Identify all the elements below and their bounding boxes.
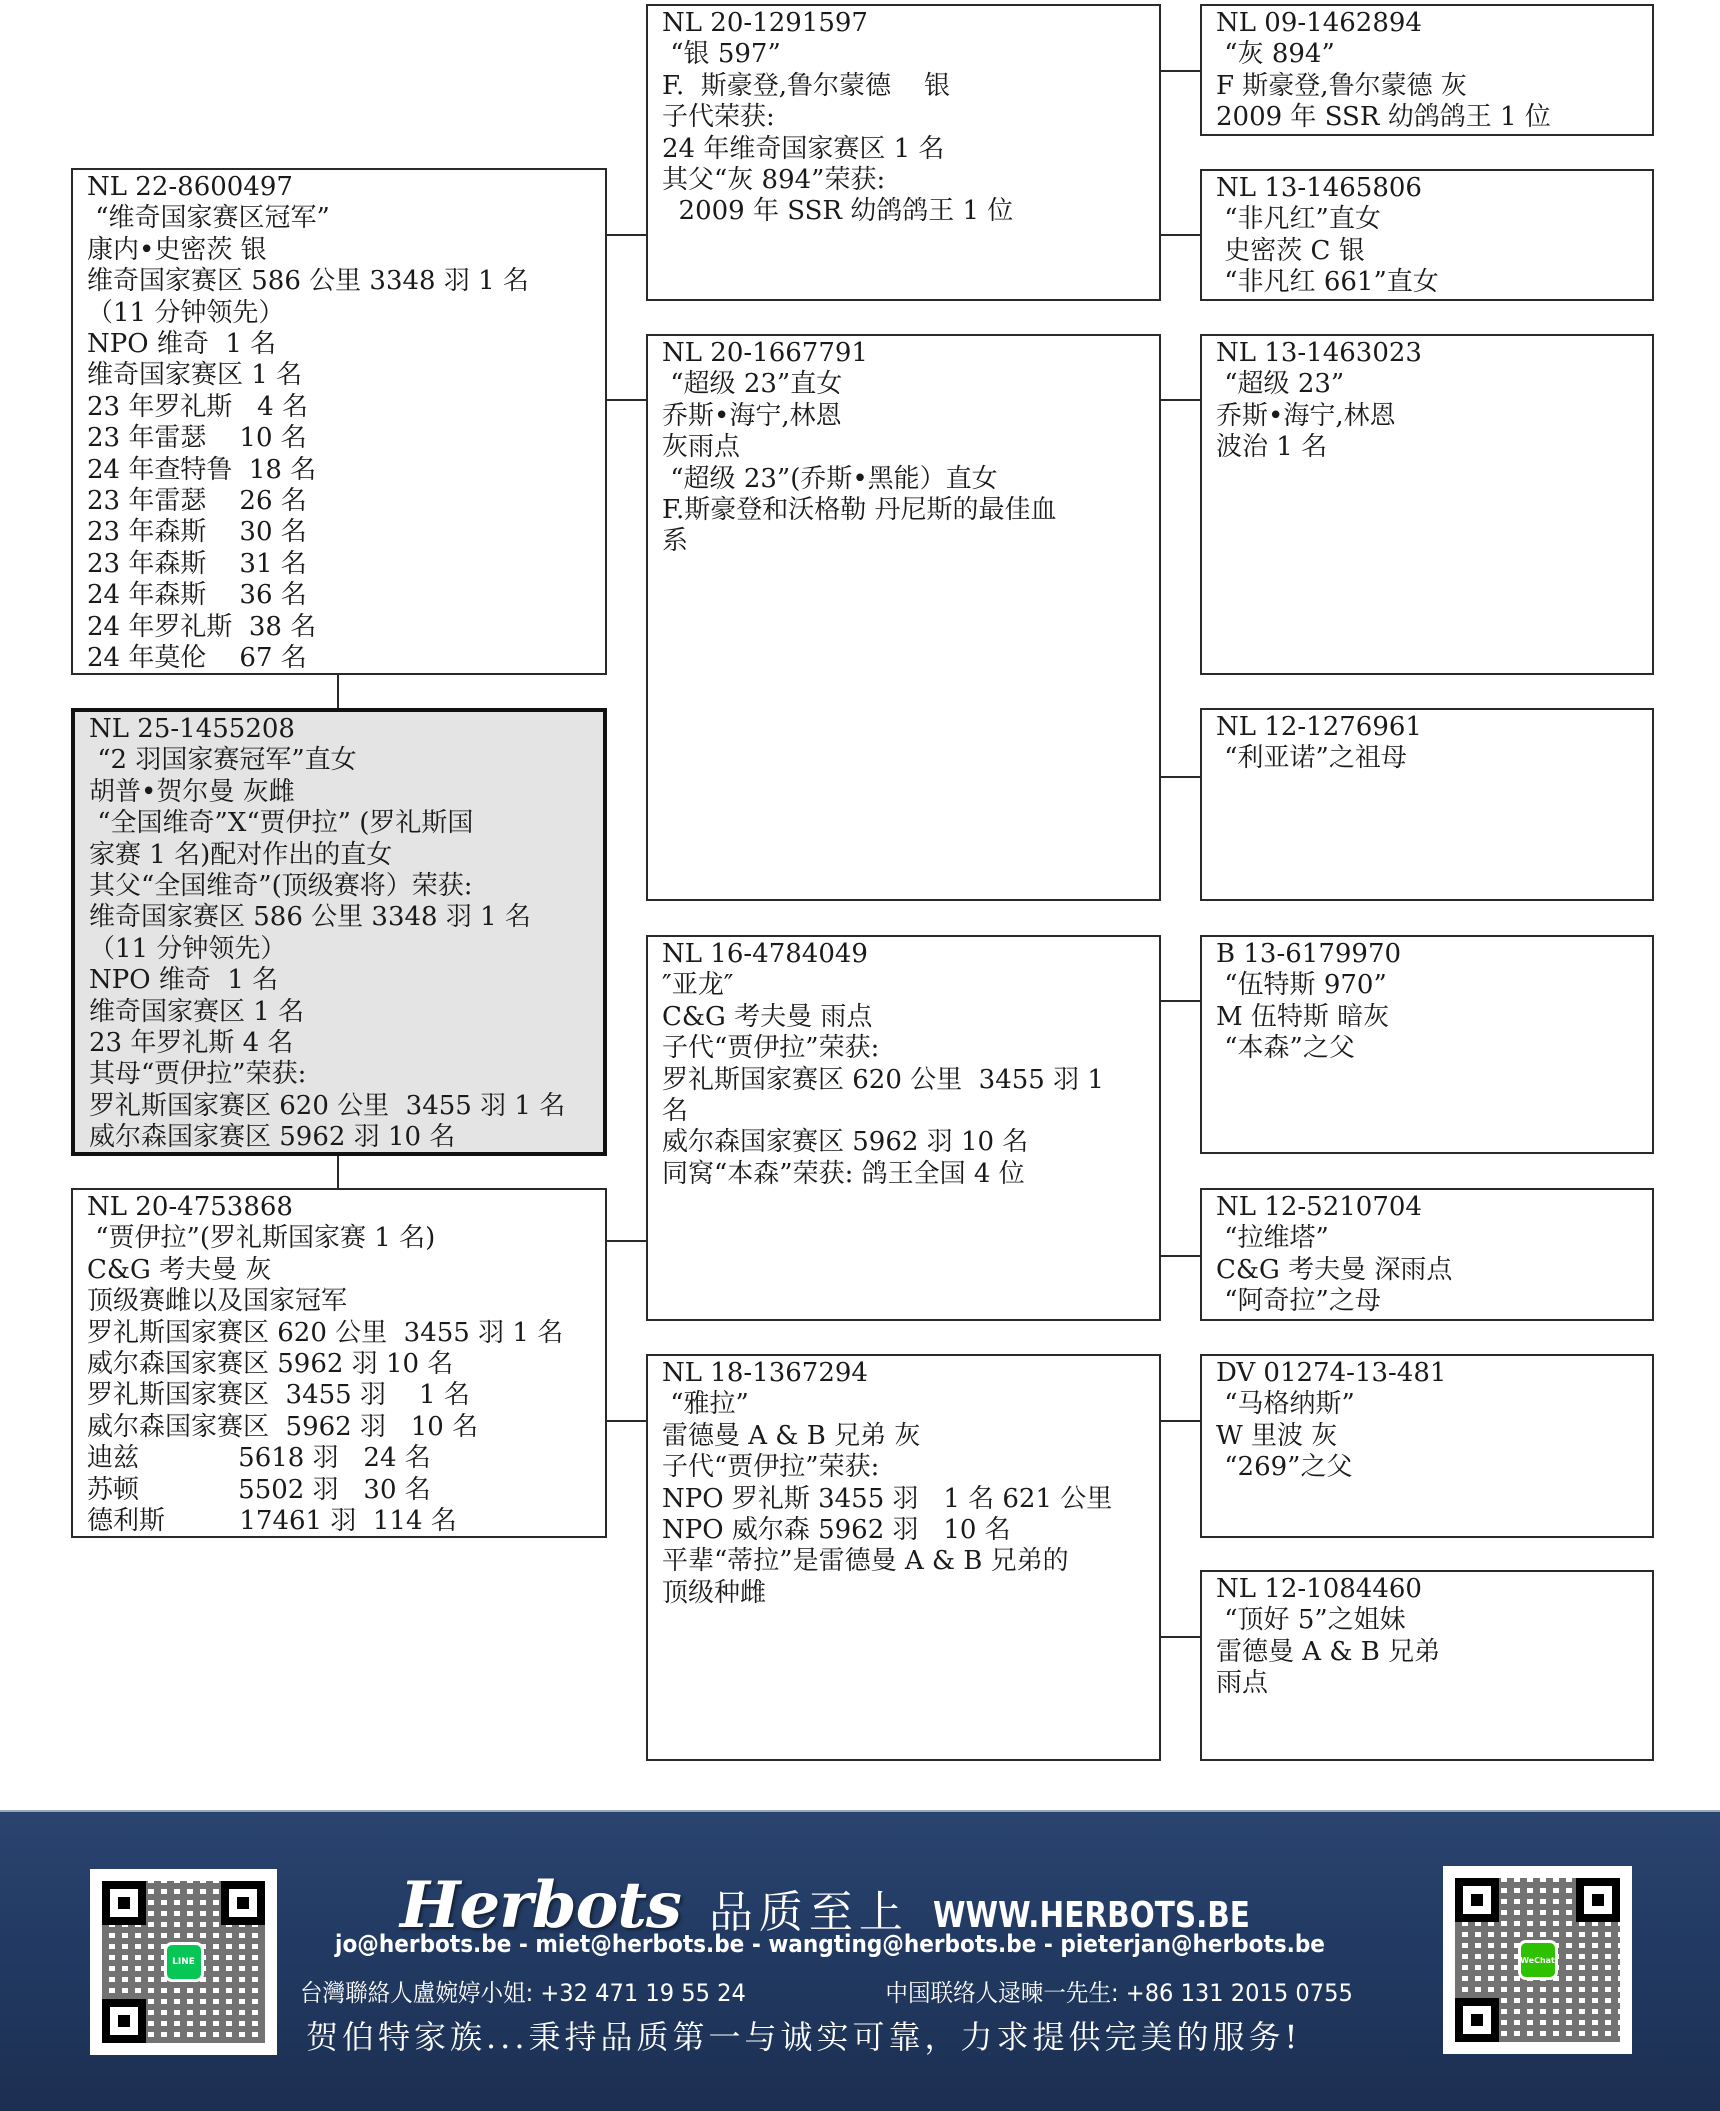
connector-gp3-to-ggp6: [1159, 1255, 1200, 1257]
card-line: 史密茨 C 银: [1216, 236, 1638, 267]
card-line: 子代“贾伊拉”荣获:: [662, 1033, 1145, 1064]
sire-line: 23 年森斯 31 名: [87, 549, 591, 580]
wechat-qr-code[interactable]: WeChat: [1443, 1866, 1632, 2054]
subject-line: 胡普•贺尔曼 灰雌: [89, 777, 589, 808]
dam-line: 威尔森国家赛区 5962 羽 10 名: [87, 1349, 591, 1380]
sire-line: （11 分钟领先）: [87, 298, 591, 329]
subject-card: NL 25-1455208 “2 羽国家赛冠军”直女 胡普•贺尔曼 灰雌 “全国…: [71, 708, 607, 1156]
dam-line: 威尔森国家赛区 5962 羽 10 名: [87, 1412, 591, 1443]
card-line: “非凡红 661”直女: [1216, 267, 1638, 298]
card-line: 罗礼斯国家赛区 620 公里 3455 羽 1: [662, 1065, 1145, 1096]
ring-number: NL 20-1291597: [662, 8, 1145, 39]
card-line: NPO 威尔森 5962 羽 10 名: [662, 1515, 1145, 1546]
card-line: 2009 年 SSR 幼鸽鸽王 1 位: [662, 196, 1145, 227]
connector-sire-to-gp2: [605, 399, 646, 401]
connector-gp1-to-ggp1: [1159, 70, 1200, 72]
sire-ring-number: NL 22-8600497: [87, 172, 591, 203]
card-line: 子代荣获:: [662, 102, 1145, 133]
ring-number: NL 09-1462894: [1216, 8, 1638, 39]
ring-number: DV 01274-13-481: [1216, 1358, 1638, 1389]
card-line: ″亚龙″: [662, 970, 1145, 1001]
subject-line: “全国维奇”X“贾伊拉” (罗礼斯国: [89, 808, 589, 839]
subject-line: 其母“贾伊拉”荣获:: [89, 1059, 589, 1090]
connector-gp2-to-ggp3: [1159, 399, 1200, 401]
ring-number: NL 12-1084460: [1216, 1574, 1638, 1605]
subject-line: 23 年罗礼斯 4 名: [89, 1028, 589, 1059]
card-line: “雅拉”: [662, 1389, 1145, 1420]
grandparent-card-dam-sire: NL 16-4784049 ″亚龙″ C&G 考夫曼 雨点 子代“贾伊拉”荣获:…: [646, 935, 1161, 1321]
sire-line: 维奇国家赛区 586 公里 3348 羽 1 名: [87, 266, 591, 297]
connector-sire-subject: [337, 674, 339, 708]
sire-card: NL 22-8600497 “维奇国家赛区冠军” 康内•史密茨 银 维奇国家赛区…: [71, 168, 607, 675]
card-line: 2009 年 SSR 幼鸽鸽王 1 位: [1216, 102, 1638, 133]
great-grandparent-card-6: NL 12-5210704 “拉维塔” C&G 考夫曼 深雨点 “阿奇拉”之母: [1200, 1188, 1654, 1321]
ring-number: NL 18-1367294: [662, 1358, 1145, 1389]
connector-dam-to-gp4: [605, 1420, 646, 1422]
card-line: “阿奇拉”之母: [1216, 1286, 1638, 1317]
connector-gp2-to-ggp4: [1159, 776, 1200, 778]
card-line: 系: [662, 526, 1145, 557]
card-line: “利亚诺”之祖母: [1216, 743, 1638, 774]
card-line: “超级 23”直女: [662, 369, 1145, 400]
card-line: “伍特斯 970”: [1216, 970, 1638, 1001]
great-grandparent-card-7: DV 01274-13-481 “马格纳斯” W 里波 灰 “269”之父: [1200, 1354, 1654, 1538]
line-app-icon: LINE: [164, 1942, 204, 1982]
grandparent-card-dam-dam: NL 18-1367294 “雅拉” 雷德曼 A & B 兄弟 灰 子代“贾伊拉…: [646, 1354, 1161, 1761]
great-grandparent-card-8: NL 12-1084460 “顶好 5”之姐妹 雷德曼 A & B 兄弟 雨点: [1200, 1570, 1654, 1761]
line-qr-code[interactable]: LINE: [90, 1869, 277, 2055]
card-line: “马格纳斯”: [1216, 1389, 1638, 1420]
dam-ring-number: NL 20-4753868: [87, 1192, 591, 1223]
dam-line: “贾伊拉”(罗礼斯国家赛 1 名): [87, 1223, 591, 1254]
sire-line: “维奇国家赛区冠军”: [87, 203, 591, 234]
footer-tagline: 贺伯特家族...秉持品质第一与诚实可靠，力求提供完美的服务!: [306, 2012, 1301, 2058]
great-grandparent-card-5: B 13-6179970 “伍特斯 970” M 伍特斯 暗灰 “本森”之父: [1200, 935, 1654, 1154]
card-line: 同窝“本森”荣获: 鸽王全国 4 位: [662, 1159, 1145, 1190]
sire-line: 23 年雷瑟 10 名: [87, 423, 591, 454]
contact-china: 中国联络人逯暕一先生: +86 131 2015 0755: [885, 1973, 1352, 2008]
ring-number: NL 16-4784049: [662, 939, 1145, 970]
card-line: “顶好 5”之姐妹: [1216, 1605, 1638, 1636]
card-line: 雷德曼 A & B 兄弟: [1216, 1637, 1638, 1668]
card-line: 灰雨点: [662, 432, 1145, 463]
subject-line: 维奇国家赛区 1 名: [89, 997, 589, 1028]
connector-sire-to-gp1: [605, 234, 646, 236]
connector-gp4-to-ggp7: [1159, 1420, 1200, 1422]
card-line: “269”之父: [1216, 1452, 1638, 1483]
card-line: “灰 894”: [1216, 39, 1638, 70]
card-line: 乔斯•海宁,林恩: [1216, 401, 1638, 432]
sire-line: 23 年森斯 30 名: [87, 517, 591, 548]
contact-row: 台灣聯絡人盧婉婷小姐: +32 471 19 55 24 中国联络人逯暕一先生:…: [300, 1973, 1353, 2008]
connector-subject-dam: [337, 1155, 339, 1188]
card-line: F. 斯豪登,鲁尔蒙德 银: [662, 71, 1145, 102]
great-grandparent-card-1: NL 09-1462894 “灰 894” F 斯豪登,鲁尔蒙德 灰 2009 …: [1200, 4, 1654, 136]
grandparent-card-sire-sire: NL 20-1291597 “银 597” F. 斯豪登,鲁尔蒙德 银 子代荣获…: [646, 4, 1161, 301]
sire-line: 维奇国家赛区 1 名: [87, 360, 591, 391]
subject-line: 罗礼斯国家赛区 620 公里 3455 羽 1 名: [89, 1091, 589, 1122]
card-line: 名: [662, 1096, 1145, 1127]
card-line: 雨点: [1216, 1668, 1638, 1699]
dam-line: 德利斯 17461 羽 114 名: [87, 1506, 591, 1537]
dam-line: 罗礼斯国家赛区 620 公里 3455 羽 1 名: [87, 1318, 591, 1349]
card-line: 其父“灰 894”荣获:: [662, 165, 1145, 196]
subject-line: （11 分钟领先）: [89, 934, 589, 965]
card-line: “本森”之父: [1216, 1033, 1638, 1064]
sire-line: NPO 维奇 1 名: [87, 329, 591, 360]
card-line: 子代“贾伊拉”荣获:: [662, 1452, 1145, 1483]
card-line: NPO 罗礼斯 3455 羽 1 名 621 公里: [662, 1484, 1145, 1515]
card-line: 24 年维奇国家赛区 1 名: [662, 134, 1145, 165]
subject-line: 其父“全国维奇”(顶级赛将）荣获:: [89, 871, 589, 902]
ring-number: NL 13-1465806: [1216, 173, 1638, 204]
ring-number: NL 13-1463023: [1216, 338, 1638, 369]
card-line: “超级 23”: [1216, 369, 1638, 400]
card-line: W 里波 灰: [1216, 1421, 1638, 1452]
ring-number: NL 12-5210704: [1216, 1192, 1638, 1223]
card-line: 顶级种雌: [662, 1578, 1145, 1609]
dam-line: 顶级赛雌以及国家冠军: [87, 1286, 591, 1317]
card-line: “拉维塔”: [1216, 1223, 1638, 1254]
grandparent-card-sire-dam: NL 20-1667791 “超级 23”直女 乔斯•海宁,林恩 灰雨点 “超级…: [646, 334, 1161, 901]
card-line: F.斯豪登和沃格勒 丹尼斯的最佳血: [662, 495, 1145, 526]
sire-line: 24 年森斯 36 名: [87, 580, 591, 611]
card-line: C&G 考夫曼 雨点: [662, 1002, 1145, 1033]
card-line: 波治 1 名: [1216, 432, 1638, 463]
subject-line: 威尔森国家赛区 5962 羽 10 名: [89, 1122, 589, 1153]
great-grandparent-card-3: NL 13-1463023 “超级 23” 乔斯•海宁,林恩 波治 1 名: [1200, 334, 1654, 675]
connector-gp3-to-ggp5: [1159, 1000, 1200, 1002]
great-grandparent-card-2: NL 13-1465806 “非凡红”直女 史密茨 C 银 “非凡红 661”直…: [1200, 169, 1654, 301]
footer-banner: LINE WeChat: [0, 1810, 1720, 2111]
great-grandparent-card-4: NL 12-1276961 “利亚诺”之祖母: [1200, 708, 1654, 901]
ring-number: B 13-6179970: [1216, 939, 1638, 970]
card-line: 平辈“蒂拉”是雷德曼 A & B 兄弟的: [662, 1546, 1145, 1577]
subject-line: NPO 维奇 1 名: [89, 965, 589, 996]
dam-line: C&G 考夫曼 灰: [87, 1255, 591, 1286]
sire-line: 24 年查特鲁 18 名: [87, 455, 591, 486]
subject-line: 家赛 1 名)配对作出的直女: [89, 840, 589, 871]
ring-number: NL 12-1276961: [1216, 712, 1638, 743]
subject-ring-number: NL 25-1455208: [89, 714, 589, 745]
card-line: 威尔森国家赛区 5962 羽 10 名: [662, 1127, 1145, 1158]
card-line: M 伍特斯 暗灰: [1216, 1002, 1638, 1033]
card-line: 乔斯•海宁,林恩: [662, 401, 1145, 432]
sire-line: 23 年罗礼斯 4 名: [87, 392, 591, 423]
connector-gp4-to-ggp8: [1159, 1636, 1200, 1638]
email-links[interactable]: jo@herbots.be - miet@herbots.be - wangti…: [335, 1930, 1325, 1958]
ring-number: NL 20-1667791: [662, 338, 1145, 369]
dam-line: 迪兹 5618 羽 24 名: [87, 1443, 591, 1474]
dam-line: 苏顿 5502 羽 30 名: [87, 1475, 591, 1506]
card-line: C&G 考夫曼 深雨点: [1216, 1255, 1638, 1286]
wechat-app-icon: WeChat: [1518, 1940, 1558, 1980]
dam-line: 罗礼斯国家赛区 3455 羽 1 名: [87, 1380, 591, 1411]
sire-line: 24 年罗礼斯 38 名: [87, 612, 591, 643]
card-line: “超级 23”(乔斯•黑能）直女: [662, 464, 1145, 495]
sire-line: 23 年雷瑟 26 名: [87, 486, 591, 517]
sire-line: 24 年莫伦 67 名: [87, 643, 591, 674]
card-line: “银 597”: [662, 39, 1145, 70]
contact-taiwan: 台灣聯絡人盧婉婷小姐: +32 471 19 55 24: [300, 1973, 746, 2008]
card-line: “非凡红”直女: [1216, 204, 1638, 235]
dam-card: NL 20-4753868 “贾伊拉”(罗礼斯国家赛 1 名) C&G 考夫曼 …: [71, 1188, 607, 1538]
subject-line: “2 羽国家赛冠军”直女: [89, 745, 589, 776]
card-line: F 斯豪登,鲁尔蒙德 灰: [1216, 71, 1638, 102]
card-line: 雷德曼 A & B 兄弟 灰: [662, 1421, 1145, 1452]
subject-line: 维奇国家赛区 586 公里 3348 羽 1 名: [89, 902, 589, 933]
sire-line: 康内•史密茨 银: [87, 235, 591, 266]
connector-dam-to-gp3: [605, 1240, 646, 1242]
connector-gp1-to-ggp2: [1159, 234, 1200, 236]
